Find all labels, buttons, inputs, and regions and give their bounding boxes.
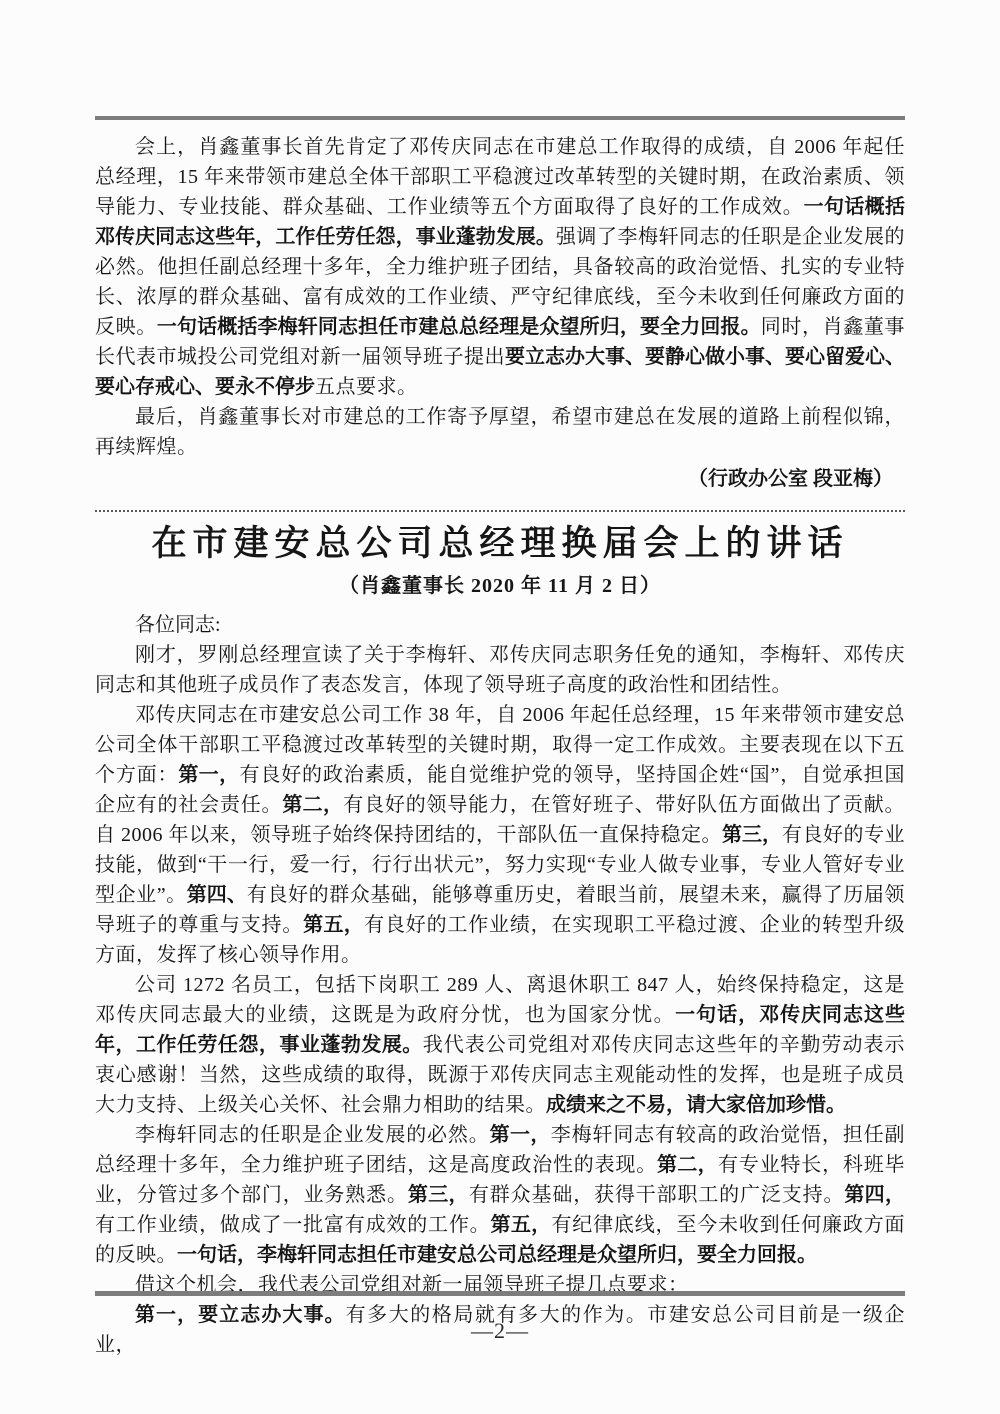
article-1: 会上，肖鑫董事长首先肯定了邓传庆同志在市建总工作取得的成绩，自 2006 年起任… [95,132,905,494]
paragraph: 公司 1272 名员工，包括下岗职工 289 人、离退休职工 847 人，始终保… [95,970,905,1120]
section-divider [95,510,905,512]
body-text: 会上，肖鑫董事长首先肯定了邓传庆同志在市建总工作取得的成绩，自 2006 年起任… [95,136,905,218]
paragraph: 李梅轩同志的任职是企业发展的必然。第一，李梅轩同志有较高的政治觉悟，担任副总经理… [95,1120,905,1270]
paragraph: 刚才，罗刚总经理宣读了关于李梅轩、邓传庆同志职务任免的通知，李梅轩、邓传庆同志和… [95,640,905,700]
top-rule [95,116,905,120]
emphasis-text: 第五， [491,1214,552,1236]
paragraph: 邓传庆同志在市建安总公司工作 38 年，自 2006 年起任总经理，15 年来带… [95,700,905,970]
article-2: 在市建安总公司总经理换届会上的讲话 （肖鑫董事长 2020 年 11 月 2 日… [95,522,905,1360]
emphasis-text: 第四、 [187,884,247,906]
emphasis-text: 第三， [408,1184,469,1206]
page-number: —2— [0,1318,1000,1344]
paragraph: 会上，肖鑫董事长首先肯定了邓传庆同志在市建总工作取得的成绩，自 2006 年起任… [95,132,905,402]
body-text: 刚才，罗刚总经理宣读了关于李梅轩、邓传庆同志职务任免的通知，李梅轩、邓传庆同志和… [95,644,905,696]
article-2-title: 在市建安总公司总经理换届会上的讲话 [95,522,905,566]
emphasis-text: 第二， [282,794,343,816]
document-page: 会上，肖鑫董事长首先肯定了邓传庆同志在市建总工作取得的成绩，自 2006 年起任… [0,0,1000,1414]
body-text: 有群众基础，获得干部职工的广泛支持。 [469,1184,844,1206]
body-text: 有工作业绩，做成了一批富有成效的工作。 [95,1214,491,1236]
emphasis-text: 第一， [178,764,239,786]
bottom-rule [95,1291,905,1296]
emphasis-text: 成绩来之不易，请大家倍加珍惜。 [546,1094,846,1116]
emphasis-text: 第四， [844,1184,905,1206]
article-2-body: 刚才，罗刚总经理宣读了关于李梅轩、邓传庆同志职务任免的通知，李梅轩、邓传庆同志和… [95,640,905,1360]
body-text: 最后，肖鑫董事长对市建总的工作寄予厚望，希望市建总在发展的道路上前程似锦，再续辉… [95,406,905,458]
emphasis-text: 第五， [303,914,364,936]
article-2-subtitle: （肖鑫董事长 2020 年 11 月 2 日） [95,572,905,600]
emphasis-text: 第三， [722,824,782,846]
article-1-signature: （行政办公室 段亚梅） [95,464,905,494]
emphasis-text: 第一， [490,1124,551,1146]
body-text: 李梅轩同志的任职是企业发展的必然。 [135,1124,490,1146]
article-1-body: 会上，肖鑫董事长首先肯定了邓传庆同志在市建总工作取得的成绩，自 2006 年起任… [95,132,905,462]
emphasis-text: 一句话，李梅轩同志担任市建安总公司总经理是众望所归，要全力回报。 [177,1244,817,1266]
page-content: 会上，肖鑫董事长首先肯定了邓传庆同志在市建总工作取得的成绩，自 2006 年起任… [95,0,905,1360]
body-text: 五点要求。 [315,376,418,398]
article-2-salutation: 各位同志: [95,610,905,640]
emphasis-text: 一句话概括李梅轩同志担任市建总总经理是众望所归，要全力回报。 [157,316,761,338]
emphasis-text: 第二， [657,1154,718,1176]
paragraph: 最后，肖鑫董事长对市建总的工作寄予厚望，希望市建总在发展的道路上前程似锦，再续辉… [95,402,905,462]
